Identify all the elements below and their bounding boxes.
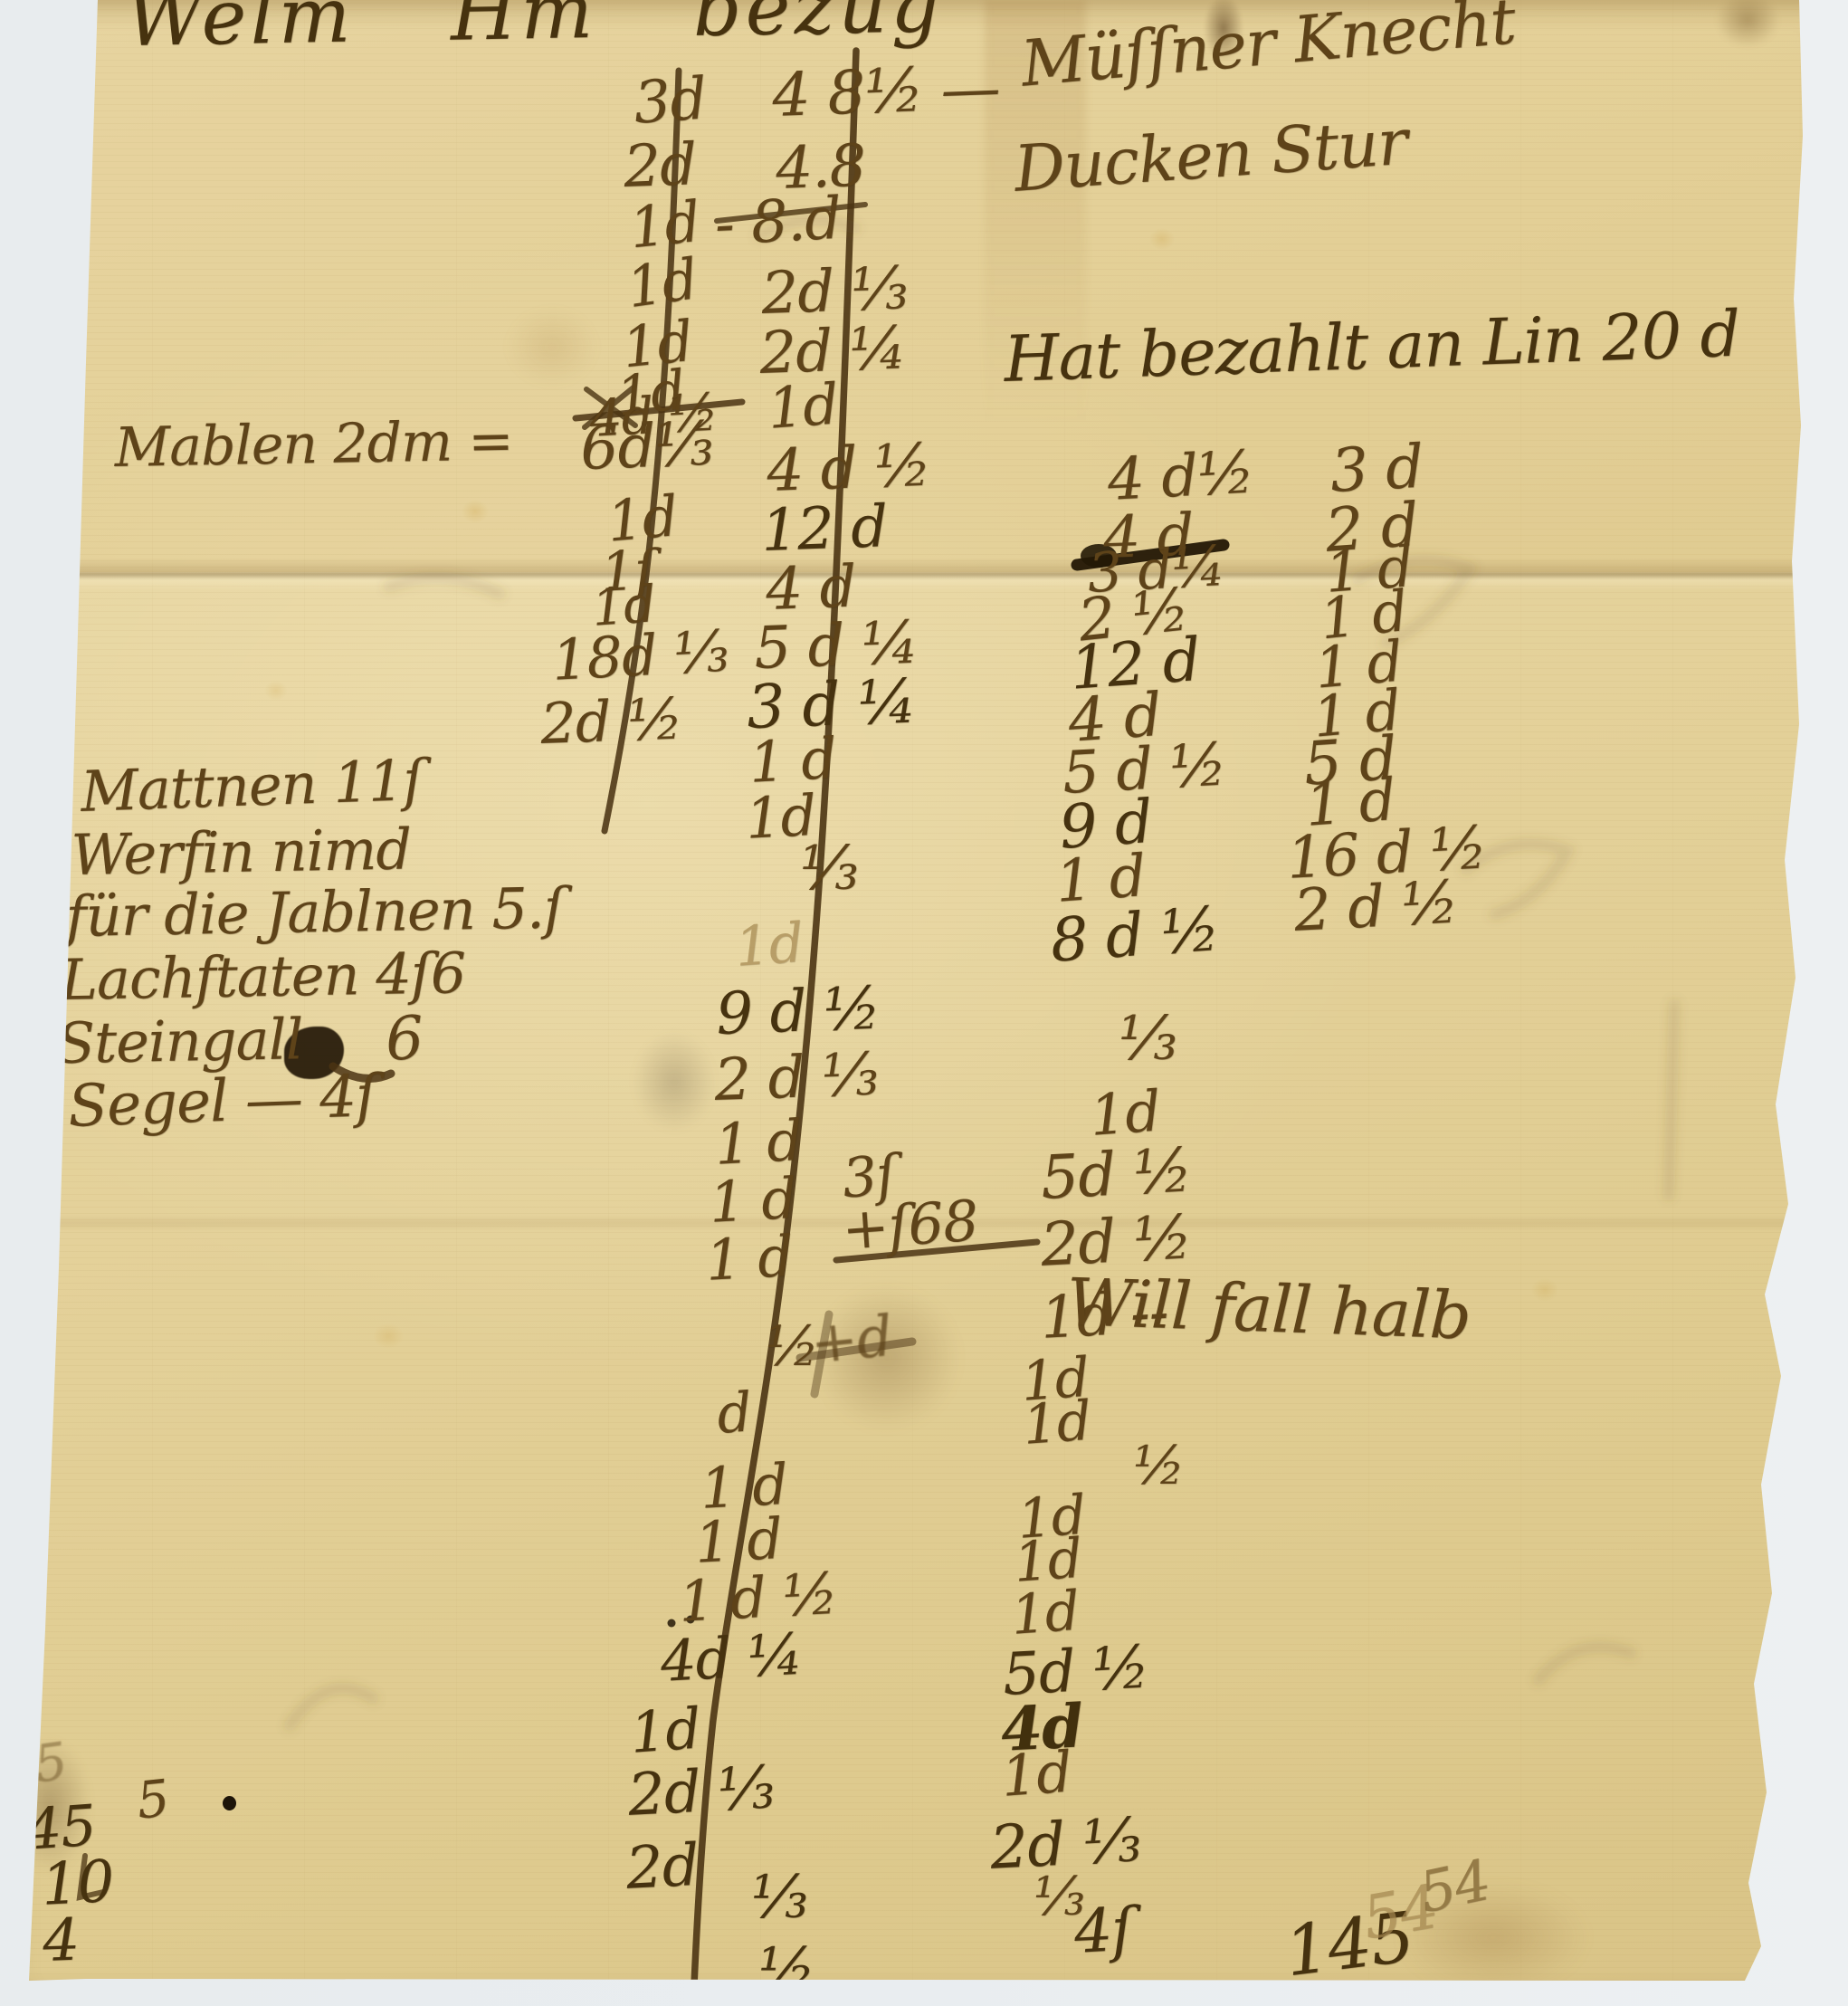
fraction-glyph: ⅓ bbox=[1119, 1003, 1176, 1074]
ink-dot bbox=[223, 1796, 236, 1810]
left-list-entry: Werfin nimd bbox=[71, 816, 412, 888]
fraction-glyph: ½ bbox=[1195, 438, 1255, 510]
left-list-entry: Segel — 4ſ bbox=[67, 1063, 377, 1141]
fraction-glyph: ½ bbox=[872, 431, 931, 501]
fraction-glyph: ½ bbox=[1399, 868, 1459, 940]
left-list-entry: für die Jablnen 5.ſ bbox=[65, 874, 564, 950]
fold-crease bbox=[0, 558, 1848, 590]
center-column-entry: 2d ⅓ bbox=[626, 1753, 776, 1829]
bleed-through-mark bbox=[1669, 1005, 1674, 1195]
fraction-glyph: ½ bbox=[1131, 1134, 1193, 1208]
fraction-glyph: ⅓ bbox=[653, 408, 714, 481]
stain-spot bbox=[373, 1323, 404, 1349]
right-column-entry: ⅓ bbox=[1119, 1003, 1176, 1074]
paper-sheet: Welm Hm bezugMüſſner KnechtDucken SturHa… bbox=[0, 0, 1848, 2006]
annotation-entry: +d bbox=[807, 1303, 895, 1377]
center-column-entry: ⅓ bbox=[800, 833, 858, 903]
stain-spot bbox=[1531, 1278, 1558, 1302]
payments-col1-entry: 8 d ½ bbox=[1048, 893, 1222, 976]
fraction-glyph: ¼ bbox=[848, 313, 907, 384]
fraction-glyph: ½ bbox=[1133, 1434, 1184, 1496]
fraction-glyph: ⅓ bbox=[751, 1863, 807, 1932]
annotation-entry: Will fall halb bbox=[1065, 1264, 1472, 1354]
fraction-glyph: ½ bbox=[758, 1935, 814, 2004]
fraction-glyph: ¼ bbox=[856, 665, 917, 738]
left-column-entry: 18d ⅓ bbox=[550, 617, 730, 693]
fraction-glyph: ½ bbox=[1131, 1201, 1193, 1275]
fraction-glyph: ½ bbox=[822, 974, 881, 1045]
total-entry: 54 bbox=[1414, 1847, 1496, 1925]
fraction-glyph: ⅓ bbox=[1081, 1804, 1142, 1877]
fraction-glyph: ½ bbox=[781, 1560, 839, 1629]
right-column-entry: 1d bbox=[1021, 1390, 1092, 1457]
center-column-entry: d bbox=[715, 1380, 753, 1446]
bottom-left-entry: 4 bbox=[42, 1907, 80, 1975]
stain-smudge bbox=[633, 1032, 715, 1132]
fraction-glyph: ⅓ bbox=[672, 617, 729, 687]
fraction-glyph: ½ bbox=[863, 54, 924, 127]
left-column-entry: 1d bbox=[623, 245, 701, 320]
center-column-entry: 9 d ½ bbox=[715, 974, 881, 1048]
fraction-glyph: ⅓ bbox=[800, 833, 858, 903]
scanned-manuscript: Welm Hm bezugMüſſner KnechtDucken SturHa… bbox=[0, 0, 1848, 2006]
fraction-glyph: ½ bbox=[1167, 731, 1227, 802]
center-column-entry: 1d bbox=[766, 371, 840, 442]
left-list-entry: Mattnen 11ſ bbox=[80, 747, 424, 825]
center-column-entry: 4 8½ — bbox=[771, 52, 1001, 130]
left-list-entry: Lachftaten 4ſ6 bbox=[60, 940, 466, 1013]
left-column-entry: 3d bbox=[632, 65, 709, 137]
bleed-through-mark bbox=[1538, 1647, 1631, 1680]
fraction-glyph: ½ bbox=[626, 685, 683, 754]
center-column-entry: 1 d bbox=[704, 1223, 795, 1294]
center-column-entry: 4d ¼ bbox=[659, 1620, 804, 1695]
fraction-glyph: ¼ bbox=[746, 1620, 804, 1690]
fraction-glyph: ⅓ bbox=[716, 1753, 776, 1825]
center-column-entry: ⅓ bbox=[751, 1863, 807, 1932]
center-column-entry: ½ bbox=[758, 1935, 814, 2004]
right-column-entry: 5d ½ bbox=[1039, 1134, 1193, 1213]
center-column-entry: 2d bbox=[624, 1832, 700, 1903]
right-column-entry: ½ bbox=[1133, 1434, 1184, 1496]
stain-spot bbox=[264, 681, 288, 701]
fraction-glyph: ⅓ bbox=[820, 1040, 879, 1111]
right-column-entry: 1d bbox=[999, 1739, 1073, 1810]
payments-col2-entry: 2 d ½ bbox=[1292, 868, 1460, 945]
right-column-entry: 4ſ bbox=[1072, 1895, 1134, 1967]
bleed-through-mark bbox=[290, 1688, 373, 1725]
left-list-entry: 6 bbox=[384, 1003, 424, 1075]
marlen-entry: Mablen 2dm = bbox=[114, 409, 513, 480]
bottom-left-entry: 5 bbox=[31, 1732, 71, 1794]
center-column-entry: 2 d ⅓ bbox=[713, 1040, 879, 1114]
bottom-left-entry: 5 bbox=[134, 1769, 171, 1830]
left-column-entry: 6d⅓ bbox=[579, 408, 714, 483]
annotation-entry: +ſ68 bbox=[840, 1188, 980, 1263]
fraction-glyph: ½ bbox=[1158, 893, 1222, 968]
left-column-entry: 2d ½ bbox=[539, 685, 683, 757]
center-column-entry: 1d bbox=[733, 912, 805, 979]
center-column-entry: 1d bbox=[628, 1696, 702, 1766]
center-column-entry: - 8.d bbox=[713, 186, 843, 259]
fraction-glyph: ½ bbox=[1091, 1633, 1150, 1705]
